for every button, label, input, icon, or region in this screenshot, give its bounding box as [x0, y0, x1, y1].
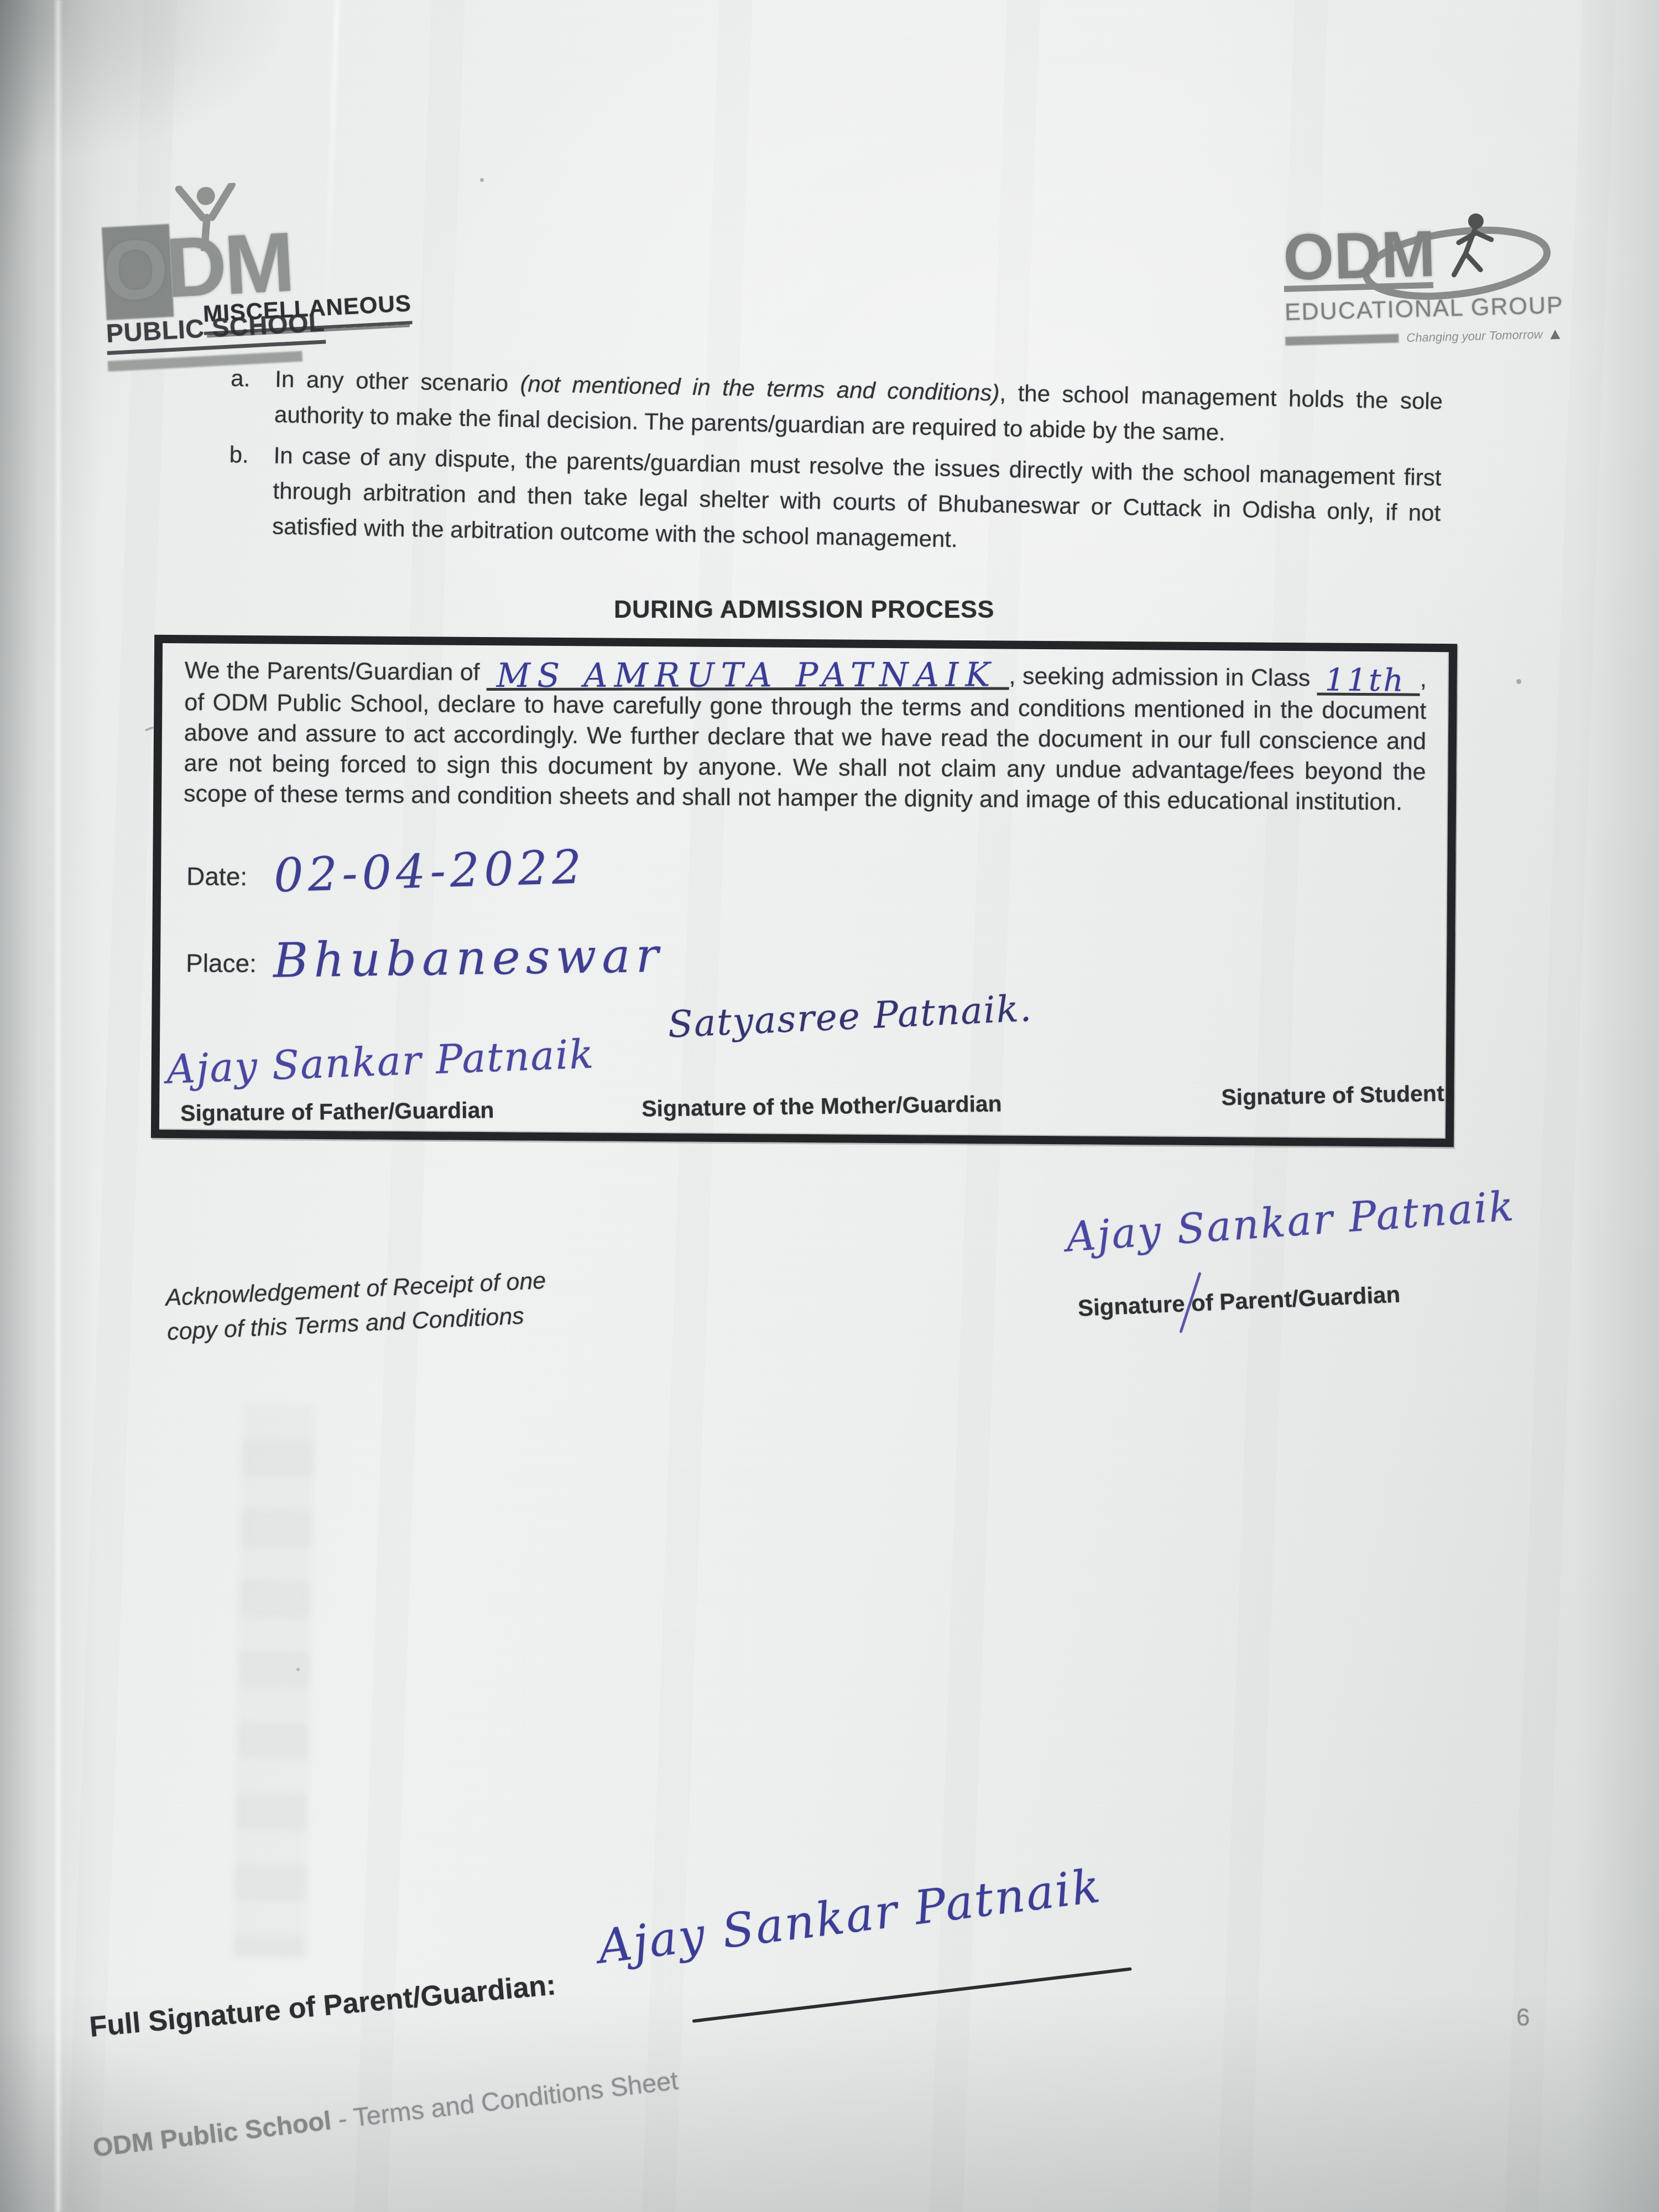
paper-speck: [296, 1668, 300, 1671]
class-value-handwritten: 11th: [1317, 669, 1420, 696]
logo-tagline: Changing your Tomorrow: [1406, 327, 1543, 345]
logo-subtitle: EDUCATIONAL GROUP: [1284, 292, 1564, 326]
place-row: Place: Bhubaneswar: [186, 935, 664, 981]
declaration-paragraph: We the Parents/Guardian of MS AMRUTA PAT…: [184, 655, 1427, 818]
logo-title: ODM: [1282, 221, 1436, 290]
declaration-box: We the Parents/Guardian of MS AMRUTA PAT…: [151, 635, 1457, 1147]
place-value-handwritten: Bhubaneswar: [273, 935, 664, 983]
item-marker: a.: [230, 361, 255, 432]
mother-signature-handwritten: Satyasree Patnaik.: [667, 987, 1033, 1046]
page-number: 6: [1516, 2004, 1530, 2032]
student-signature-label: Signature of Student: [1221, 1081, 1444, 1111]
father-signature-label: Signature of Father/Guardian: [180, 1097, 494, 1126]
admission-process-heading: DURING ADMISSION PROCESS: [154, 595, 1454, 624]
scanned-terms-document: ODM PUBLIC SCHOOL ODM EDUCATIONAL GROUP …: [0, 0, 1659, 2212]
item-marker: b.: [228, 437, 254, 544]
date-label: Date:: [186, 861, 247, 891]
student-name-handwritten: MS AMRUTA PATNAIK: [487, 664, 1009, 691]
date-value-handwritten: 02-04-2022: [273, 846, 586, 896]
tagline-bar: [1285, 334, 1399, 346]
item-text: In case of any dispute, the parents/guar…: [272, 438, 1442, 567]
paper-bleedthrough: [233, 1404, 314, 1958]
odm-public-school-logo: ODM PUBLIC SCHOOL: [99, 189, 346, 389]
mother-signature-label: Signature of the Mother/Guardian: [641, 1091, 1002, 1122]
miscellaneous-list: a. In any other scenario (not mentioned …: [227, 361, 1443, 572]
date-row: Date: 02-04-2022: [186, 849, 586, 894]
paper-edge-highlight: [53, 0, 63, 2212]
father-signature-handwritten: Ajay Sankar Patnaik: [166, 1031, 596, 1093]
person-figure-icon: [164, 182, 250, 253]
graduate-icon: [1550, 330, 1560, 339]
place-label: Place:: [186, 948, 257, 979]
paper-speck: [1516, 679, 1521, 684]
list-item-b: b. In case of any dispute, the parents/g…: [228, 437, 1442, 566]
odm-educational-group-logo: ODM EDUCATIONAL GROUP Changing your Tomo…: [1282, 213, 1585, 364]
paper-speck: [480, 178, 484, 182]
logo-tagline-row: Changing your Tomorrow: [1285, 327, 1561, 348]
